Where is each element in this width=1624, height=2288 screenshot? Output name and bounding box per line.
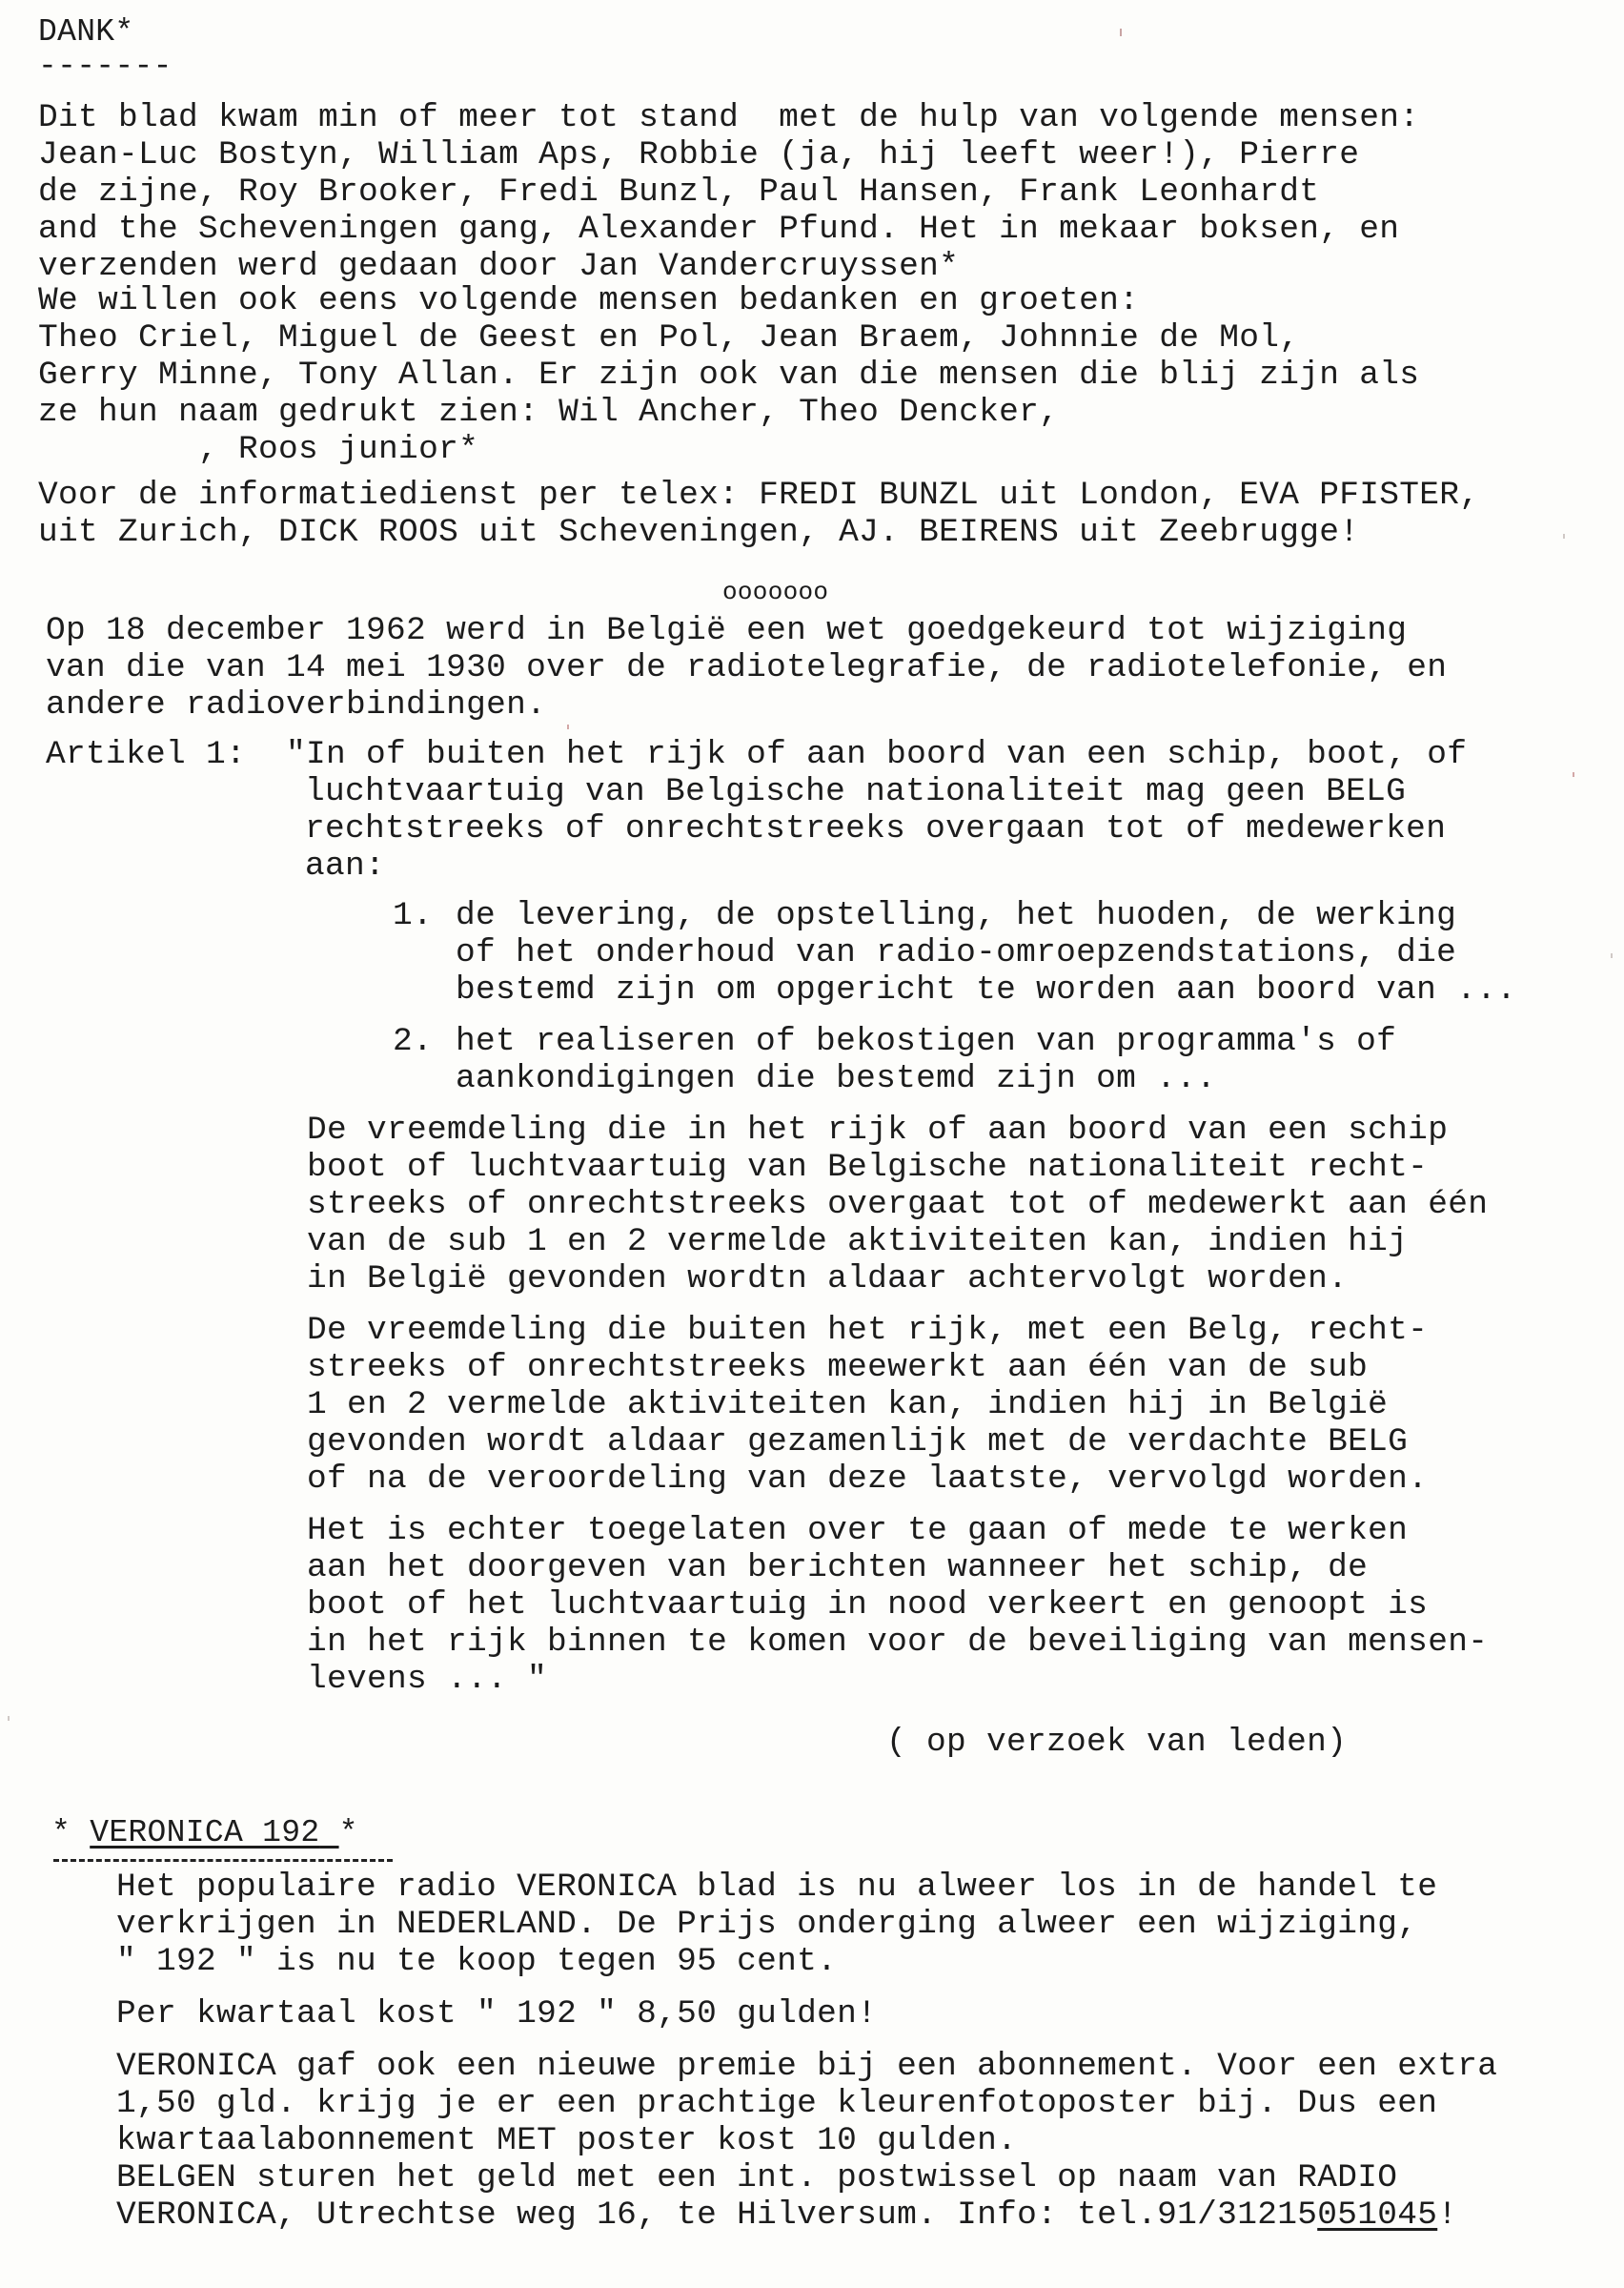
text-line: van de sub 1 en 2 vermelde aktiviteiten … bbox=[307, 1223, 1408, 1260]
item-number: 2. bbox=[393, 1023, 433, 1060]
text-line: We willen ook eens volgende mensen bedan… bbox=[38, 282, 1139, 319]
text-line: and the Scheveningen gang, Alexander Pfu… bbox=[38, 211, 1399, 248]
paper-speck bbox=[567, 725, 569, 729]
attribution: ( op verzoek van leden) bbox=[886, 1724, 1347, 1761]
text-line: de zijne, Roy Brooker, Fredi Bunzl, Paul… bbox=[38, 174, 1319, 211]
text-line: aan: bbox=[305, 848, 385, 885]
veronica-title: * VERONICA 192 * bbox=[51, 1814, 358, 1851]
contact-line: VERONICA, Utrechtse weg 16, te Hilversum… bbox=[116, 2196, 1457, 2234]
asterisk: * bbox=[51, 1815, 90, 1850]
text-line: levens ... " bbox=[307, 1661, 547, 1698]
dank-title: DANK* bbox=[38, 13, 134, 51]
text-line: boot of het luchtvaartuig in nood verkee… bbox=[307, 1586, 1428, 1624]
paper-speck bbox=[1611, 953, 1613, 958]
veronica-title-text: VERONICA 192 bbox=[90, 1815, 319, 1850]
text-line: boot of luchtvaartuig van Belgische nati… bbox=[307, 1149, 1428, 1186]
text-line: streeks of onrechtstreeks meewerkt aan é… bbox=[307, 1349, 1368, 1386]
text-line: VERONICA gaf ook een nieuwe premie bij e… bbox=[116, 2048, 1497, 2085]
address-text: VERONICA, Utrechtse weg 16, te Hilversum… bbox=[116, 2196, 1317, 2234]
text-line: Het populaire radio VERONICA blad is nu … bbox=[116, 1869, 1437, 1906]
text-line: BELGEN sturen het geld met een int. post… bbox=[116, 2159, 1397, 2196]
veronica-title-rule bbox=[53, 1859, 393, 1862]
text-line: luchtvaartuig van Belgische nationalitei… bbox=[305, 773, 1406, 810]
text-line: De vreemdeling die buiten het rijk, met … bbox=[307, 1312, 1428, 1349]
text-line: kwartaalabonnement MET poster kost 10 gu… bbox=[116, 2122, 1017, 2159]
text-line: 1 en 2 vermelde aktiviteiten kan, indien… bbox=[307, 1386, 1388, 1423]
text-line: , Roos junior* bbox=[38, 431, 478, 468]
text-line: Op 18 december 1962 werd in België een w… bbox=[46, 612, 1407, 649]
text-line: streeks of onrechtstreeks overgaat tot o… bbox=[307, 1186, 1488, 1223]
phone-number-underlined: 051045 bbox=[1317, 2196, 1437, 2234]
paper-speck bbox=[1563, 534, 1565, 539]
text-line: Gerry Minne, Tony Allan. Er zijn ook van… bbox=[38, 357, 1419, 394]
text-line: van die van 14 mei 1930 over de radiotel… bbox=[46, 649, 1447, 686]
dank-title-rule: ------- bbox=[38, 48, 173, 85]
paper-speck bbox=[1573, 772, 1574, 777]
text-line: of na de veroordeling van deze laatste, … bbox=[307, 1461, 1428, 1498]
text-line: Dit blad kwam min of meer tot stand met … bbox=[38, 99, 1419, 136]
asterisk: * bbox=[339, 1815, 358, 1850]
text-line: "In of buiten het rijk of aan boord van … bbox=[286, 736, 1467, 773]
text-line: in België gevonden wordtn aldaar achterv… bbox=[307, 1260, 1348, 1297]
article-label: Artikel 1: bbox=[46, 736, 246, 773]
text-line: aankondigingen die bestemd zijn om ... bbox=[456, 1060, 1216, 1097]
text-line: 1,50 gld. krijg je er een prachtige kleu… bbox=[116, 2085, 1437, 2122]
text-line: gevonden wordt aldaar gezamenlijk met de… bbox=[307, 1423, 1408, 1461]
text-line: De vreemdeling die in het rijk of aan bo… bbox=[307, 1112, 1448, 1149]
text-line: aan het doorgeven van berichten wanneer … bbox=[307, 1549, 1368, 1586]
text-line: verzenden werd gedaan door Jan Vandercru… bbox=[38, 248, 959, 285]
text-line: bestemd zijn om opgericht te worden aan … bbox=[456, 971, 1516, 1009]
text-line: Voor de informatiedienst per telex: FRED… bbox=[38, 477, 1479, 514]
text-line: of het onderhoud van radio-omroepzendsta… bbox=[456, 934, 1456, 971]
section-separator: ooooooo bbox=[722, 578, 828, 606]
text-line: uit Zurich, DICK ROOS uit Scheveningen, … bbox=[38, 514, 1359, 551]
item-number: 1. bbox=[393, 897, 433, 934]
exclamation: ! bbox=[1437, 2196, 1457, 2234]
text-line: Theo Criel, Miguel de Geest en Pol, Jean… bbox=[38, 319, 1299, 357]
text-line: andere radioverbindingen. bbox=[46, 686, 546, 724]
text-line: Jean-Luc Bostyn, William Aps, Robbie (ja… bbox=[38, 136, 1359, 174]
text-line: rechtstreeks of onrechtstreeks overgaan … bbox=[305, 810, 1446, 848]
text-line: het realiseren of bekostigen van program… bbox=[456, 1023, 1396, 1060]
text-line: verkrijgen in NEDERLAND. De Prijs onderg… bbox=[116, 1906, 1417, 1943]
paper-speck bbox=[1120, 29, 1122, 36]
text-line: de levering, de opstelling, het huoden, … bbox=[456, 897, 1456, 934]
text-line: Het is echter toegelaten over te gaan of… bbox=[307, 1512, 1408, 1549]
veronica-paragraph-2: Per kwartaal kost " 192 " 8,50 gulden! bbox=[116, 1995, 877, 2033]
paper-speck bbox=[8, 1716, 10, 1721]
text-line: in het rijk binnen te komen voor de beve… bbox=[307, 1624, 1488, 1661]
text-line: ze hun naam gedrukt zien: Wil Ancher, Th… bbox=[38, 394, 1059, 431]
typewritten-page: DANK* ------- Dit blad kwam min of meer … bbox=[0, 0, 1624, 2288]
text-line: " 192 " is nu te koop tegen 95 cent. bbox=[116, 1943, 837, 1980]
